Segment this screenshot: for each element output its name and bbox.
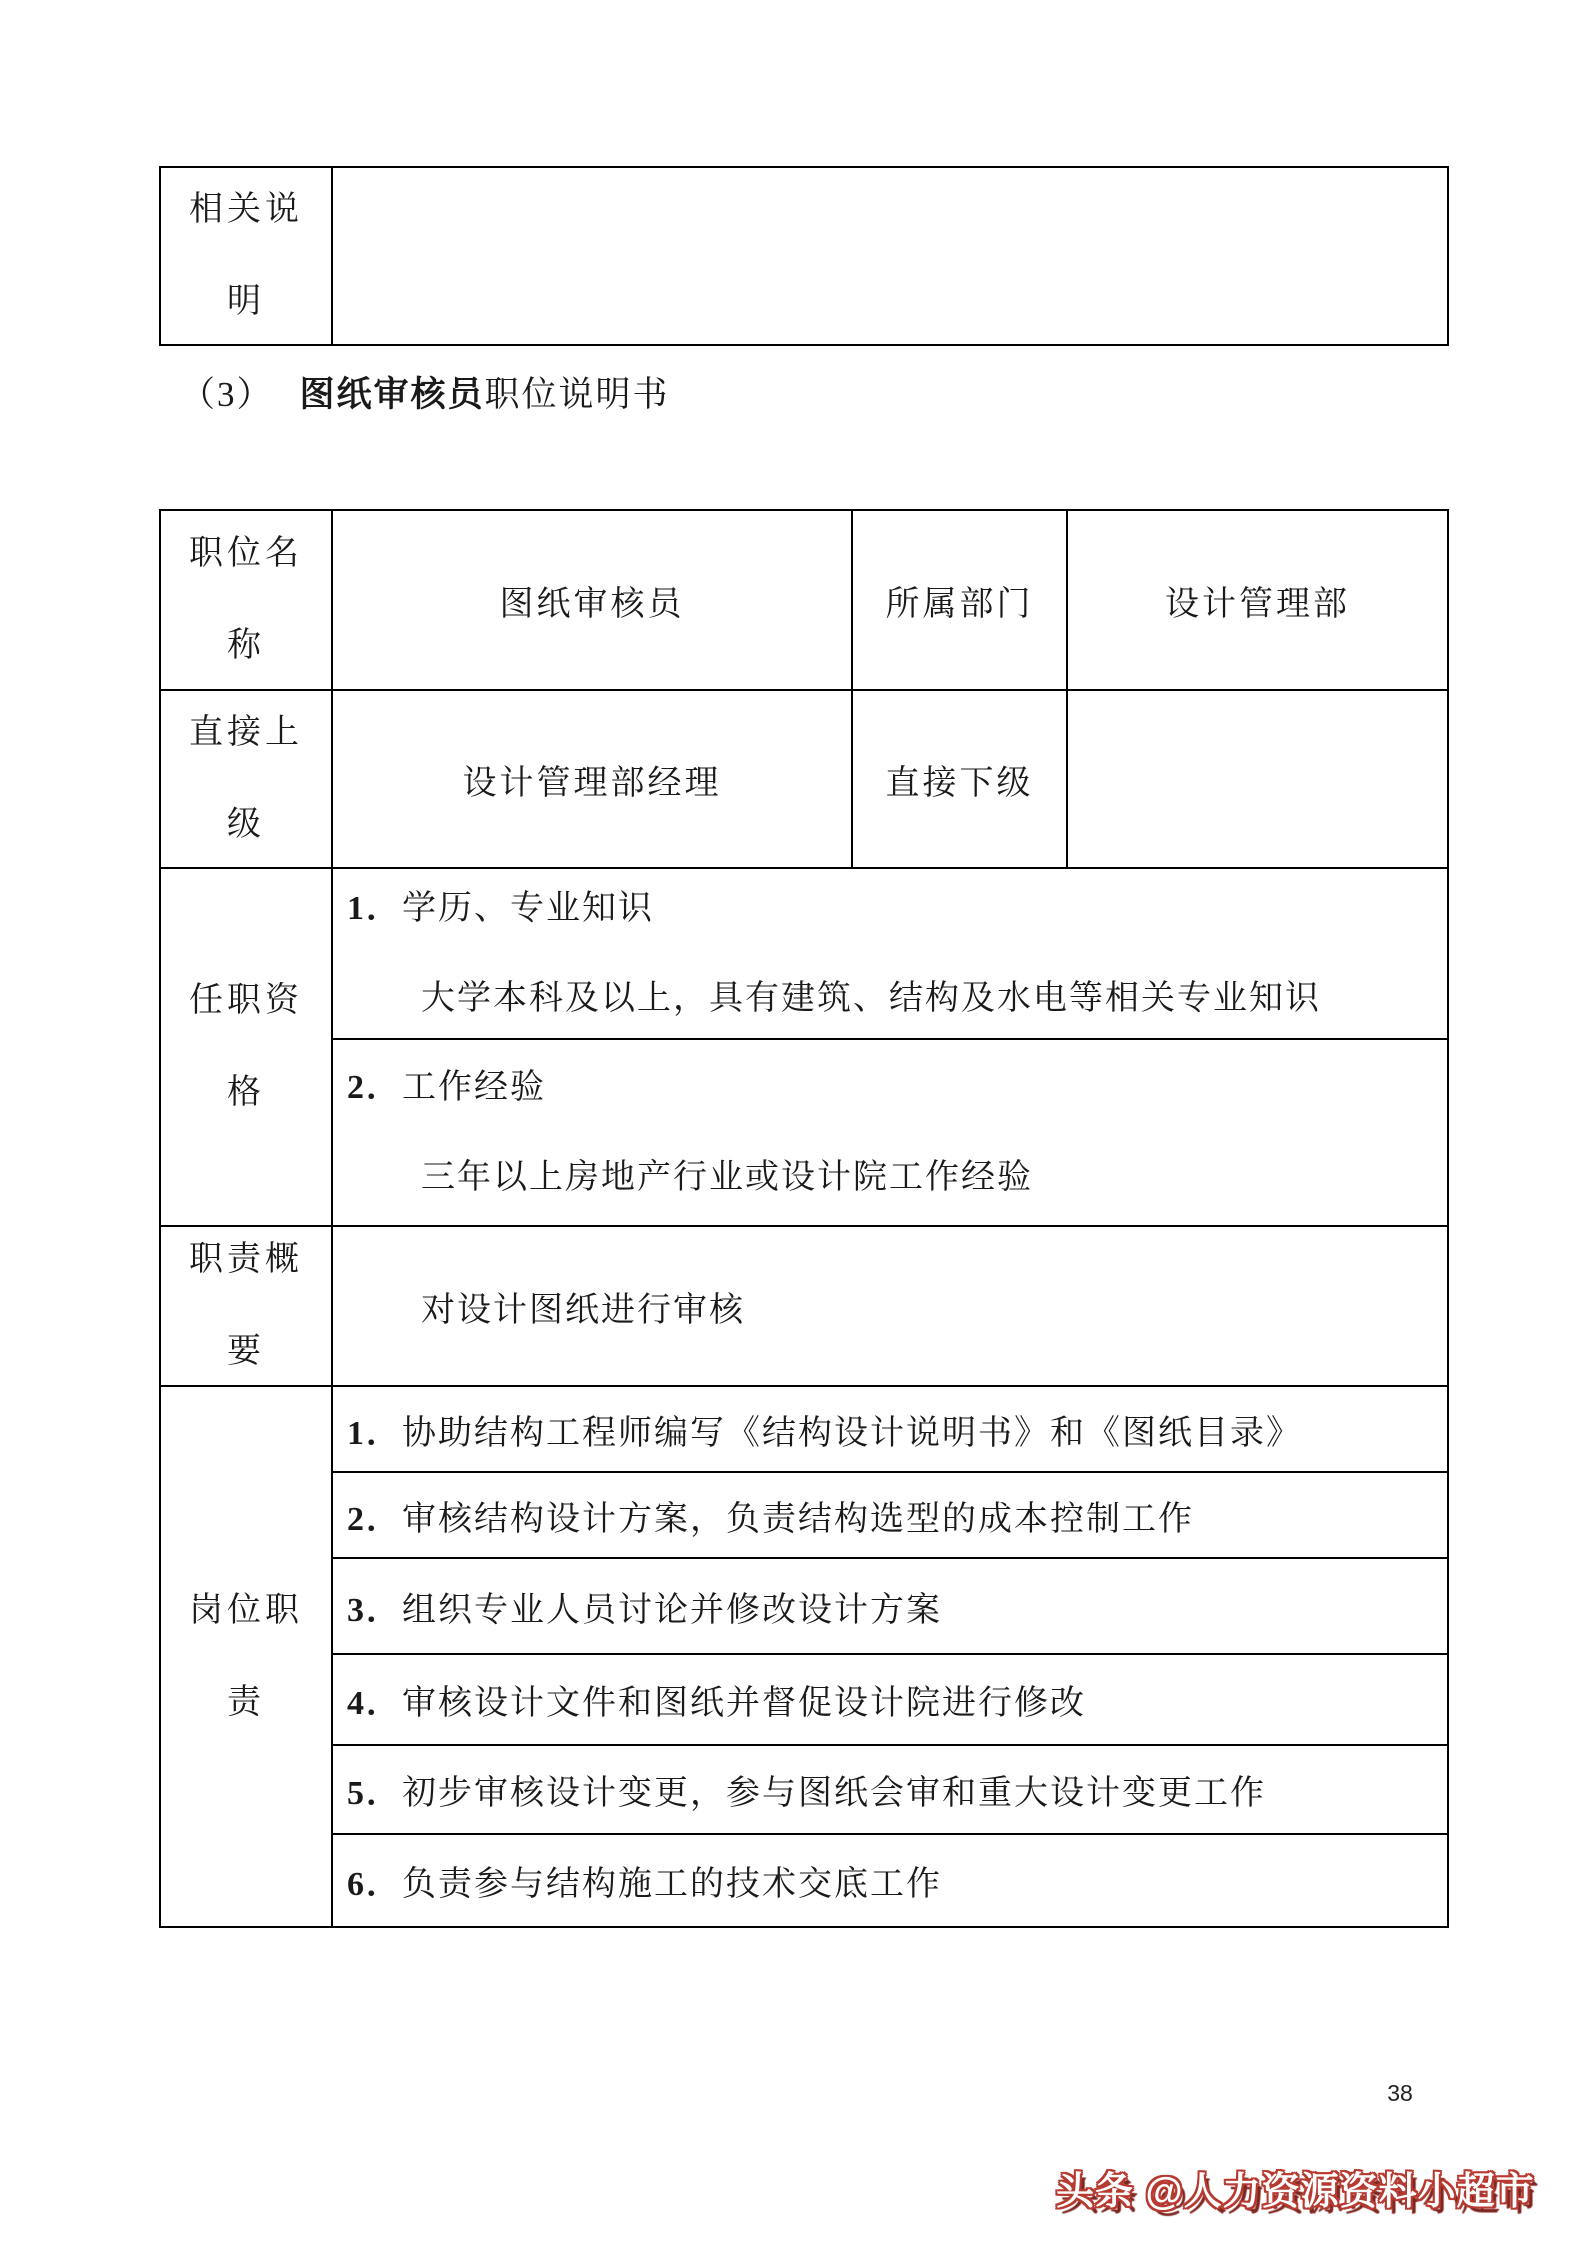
section-heading: （3）图纸审核员职位说明书 <box>180 367 670 417</box>
duty-item-4: 4．审核设计文件和图纸并督促设计院进行修改 <box>333 1655 1447 1746</box>
qualification-experience-number: 2． <box>347 1069 402 1106</box>
superior-label-line2: 级 <box>227 779 265 869</box>
qualification-education: 1．学历、专业知识 大学本科及以上，具有建筑、结构及水电等相关专业知识 <box>333 869 1447 1040</box>
department-value: 设计管理部 <box>1068 511 1447 691</box>
duty-item-3: 3．组织专业人员讨论并修改设计方案 <box>333 1559 1447 1655</box>
duty-item-4-text: 审核设计文件和图纸并督促设计院进行修改 <box>402 1675 1086 1724</box>
summary-label-line2: 要 <box>227 1306 265 1387</box>
position-name-value: 图纸审核员 <box>333 511 853 691</box>
watermark-text: 头条 @人力资源资料小超市 <box>1056 2160 1535 2215</box>
duties-label-line1: 岗位职 <box>189 1565 303 1657</box>
duty-item-2-number: 2． <box>347 1491 402 1540</box>
summary-label: 职责概 要 <box>161 1227 333 1387</box>
qualification-education-heading: 1．学历、专业知识 <box>347 869 654 954</box>
qualifications-label-line1: 任职资 <box>189 955 303 1047</box>
qualification-experience-title: 工作经验 <box>402 1069 546 1106</box>
summary-label-line1: 职责概 <box>189 1227 303 1306</box>
position-name-label: 职位名 称 <box>161 511 333 691</box>
duty-item-1: 1．协助结构工程师编写《结构设计说明书》和《图纸目录》 <box>333 1387 1447 1473</box>
duties-label: 岗位职 责 <box>161 1387 333 1926</box>
summary-content: 对设计图纸进行审核 <box>333 1227 1447 1387</box>
superior-label-line1: 直接上 <box>189 691 303 779</box>
duty-item-4-number: 4． <box>347 1675 402 1724</box>
duty-item-2: 2．审核结构设计方案，负责结构选型的成本控制工作 <box>333 1473 1447 1559</box>
qualification-experience: 2．工作经验 三年以上房地产行业或设计院工作经验 <box>333 1040 1447 1227</box>
document-page: 相关说 明 （3）图纸审核员职位说明书 职位名 称 图纸审核员 所属部门 设计管… <box>0 0 1587 2245</box>
duty-item-6: 6．负责参与结构施工的技术交底工作 <box>333 1835 1447 1926</box>
duty-item-5-number: 5． <box>347 1765 402 1814</box>
duty-item-1-text: 协助结构工程师编写《结构设计说明书》和《图纸目录》 <box>402 1405 1302 1454</box>
job-description-table: 职位名 称 图纸审核员 所属部门 设计管理部 直接上 级 设计管理部经理 直接下… <box>159 509 1449 1928</box>
position-name-label-line2: 称 <box>227 600 265 691</box>
qualification-experience-detail: 三年以上房地产行业或设计院工作经验 <box>347 1133 1033 1223</box>
subordinate-value <box>1068 691 1447 869</box>
superior-label: 直接上 级 <box>161 691 333 869</box>
subordinate-label: 直接下级 <box>853 691 1068 869</box>
qualification-experience-heading: 2．工作经验 <box>347 1043 546 1133</box>
related-notes-content <box>333 168 1447 344</box>
page-number: 38 <box>1360 2080 1440 2107</box>
qualification-education-number: 1． <box>347 890 402 927</box>
qualification-education-title: 学历、专业知识 <box>402 890 654 927</box>
department-label: 所属部门 <box>853 511 1068 691</box>
related-notes-label-line1: 相关说 <box>189 168 303 256</box>
heading-index: （3） <box>180 375 274 414</box>
related-notes-label: 相关说 明 <box>161 168 333 344</box>
related-notes-label-line2: 明 <box>227 256 265 344</box>
duty-item-5-text: 初步审核设计变更，参与图纸会审和重大设计变更工作 <box>402 1765 1266 1814</box>
duty-item-6-number: 6． <box>347 1856 402 1905</box>
duty-item-3-number: 3． <box>347 1582 402 1631</box>
duty-item-2-text: 审核结构设计方案，负责结构选型的成本控制工作 <box>402 1491 1194 1540</box>
qualification-education-detail: 大学本科及以上，具有建筑、结构及水电等相关专业知识 <box>347 954 1321 1041</box>
heading-position-name: 图纸审核员 <box>300 375 485 414</box>
duties-label-line2: 责 <box>227 1657 265 1749</box>
duty-item-3-text: 组织专业人员讨论并修改设计方案 <box>402 1582 942 1631</box>
qualifications-label-line2: 格 <box>227 1047 265 1139</box>
related-notes-table: 相关说 明 <box>159 166 1449 346</box>
duty-item-5: 5．初步审核设计变更，参与图纸会审和重大设计变更工作 <box>333 1746 1447 1835</box>
duty-item-6-text: 负责参与结构施工的技术交底工作 <box>402 1856 942 1905</box>
position-name-label-line1: 职位名 <box>189 511 303 600</box>
duty-item-1-number: 1． <box>347 1405 402 1454</box>
heading-suffix: 职位说明书 <box>485 375 670 414</box>
qualifications-label: 任职资 格 <box>161 869 333 1227</box>
superior-value: 设计管理部经理 <box>333 691 853 869</box>
